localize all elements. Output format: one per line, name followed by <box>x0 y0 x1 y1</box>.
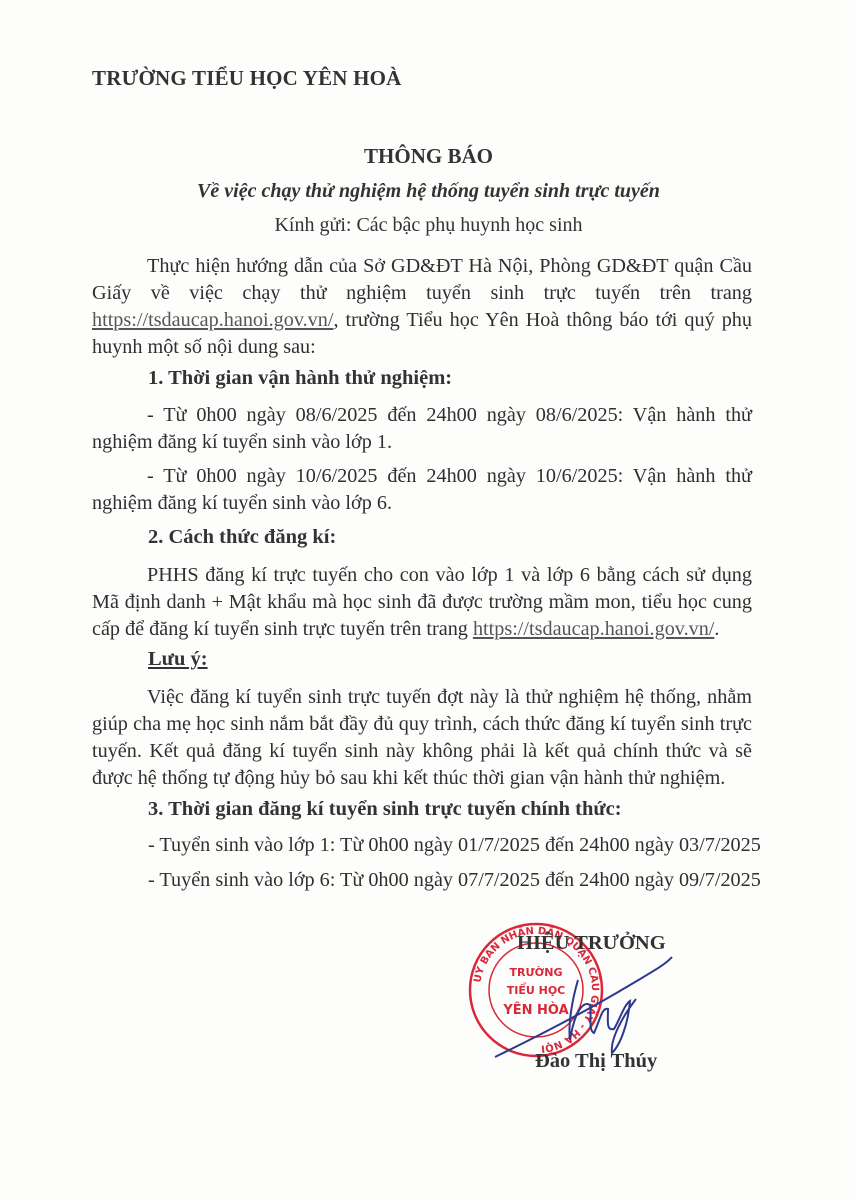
registration-link[interactable]: https://tsdaucap.hanoi.gov.vn/ <box>92 309 333 331</box>
signer-name: Đào Thị Thúy <box>535 1050 657 1073</box>
intro-text: Thực hiện hướng dẫn của Sở GD&ĐT Hà Nội,… <box>92 255 752 304</box>
handwritten-signature-icon <box>490 945 680 1065</box>
intro-paragraph: Thực hiện hướng dẫn của Sở GD&ĐT Hà Nội,… <box>92 253 752 361</box>
note-text: Việc đăng kí tuyển sinh trực tuyến đợt n… <box>92 686 752 789</box>
note-paragraph: Việc đăng kí tuyển sinh trực tuyến đợt n… <box>92 684 752 792</box>
registration-link-2[interactable]: https://tsdaucap.hanoi.gov.vn/ <box>473 618 714 640</box>
greeting: Kính gửi: Các bậc phụ huynh học sinh <box>0 214 857 237</box>
section-2-paragraph: PHHS đăng kí trực tuyến cho con vào lớp … <box>92 562 752 643</box>
section-1-item: - Từ 0h00 ngày 10/6/2025 đến 24h00 ngày … <box>92 463 752 517</box>
section-3-heading: 3. Thời gian đăng kí tuyển sinh trực tuy… <box>148 798 622 821</box>
notice-document: TRƯỜNG TIỂU HỌC YÊN HOÀ THÔNG BÁO Về việ… <box>0 0 857 1200</box>
note-heading: Lưu ý: <box>148 648 208 671</box>
section-1-item-text: - Từ 0h00 ngày 08/6/2025 đến 24h00 ngày … <box>92 404 752 453</box>
section-2-text-end: . <box>714 618 719 640</box>
section-1-item-text: - Từ 0h00 ngày 10/6/2025 đến 24h00 ngày … <box>92 465 752 514</box>
section-3-item: - Tuyển sinh vào lớp 6: Từ 0h00 ngày 07/… <box>148 869 761 892</box>
section-1-heading: 1. Thời gian vận hành thử nghiệm: <box>148 367 452 390</box>
section-2-heading: 2. Cách thức đăng kí: <box>148 526 336 549</box>
notice-subtitle: Về việc chạy thử nghiệm hệ thống tuyển s… <box>0 180 857 203</box>
school-name: TRƯỜNG TIỂU HỌC YÊN HOÀ <box>92 66 402 91</box>
section-1-item: - Từ 0h00 ngày 08/6/2025 đến 24h00 ngày … <box>92 402 752 456</box>
section-3-item: - Tuyển sinh vào lớp 1: Từ 0h00 ngày 01/… <box>148 834 761 857</box>
notice-title: THÔNG BÁO <box>0 144 857 169</box>
